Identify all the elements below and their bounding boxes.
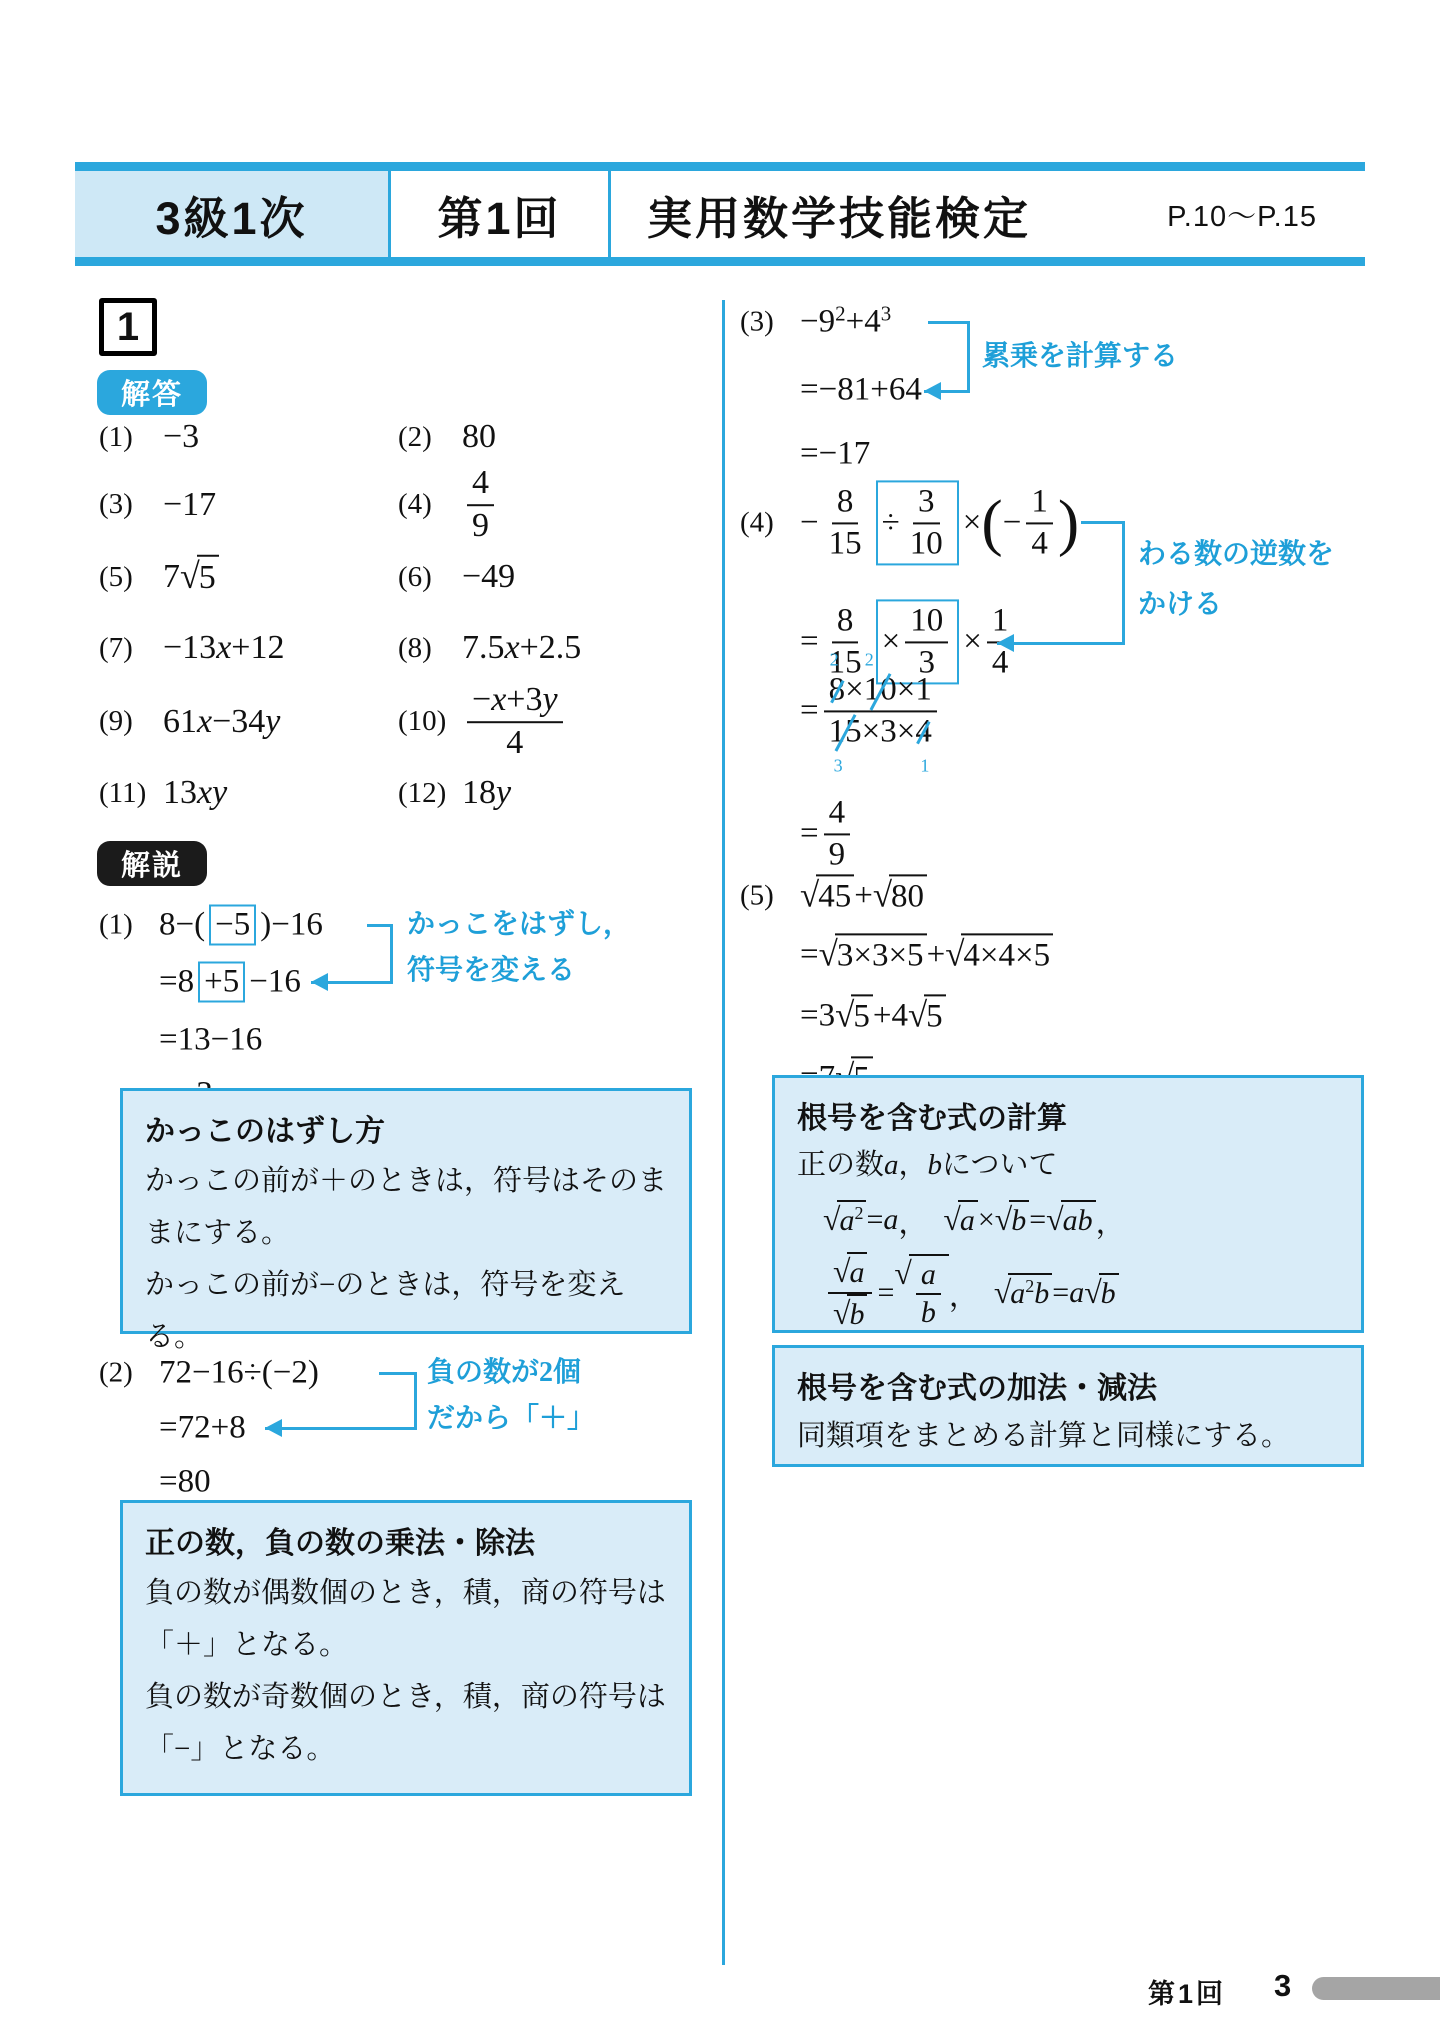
note-line: だから「＋」 [427,1396,595,1442]
answer-row: (3)−17 (4)49 [99,463,679,547]
info-box-title: 正の数，負の数の乗法・除法 [145,1521,667,1567]
answer-label: (10) [398,706,462,739]
answer-value: 7√5 [163,555,219,600]
answer-item: (3)−17 [99,463,398,547]
answer-item: (11)13xy [99,774,398,812]
expression: 72−16÷(−2) [159,1355,319,1392]
solution-line: =13−16 [99,1022,262,1059]
callout-bracket [379,1372,417,1427]
answer-value: −17 [163,486,216,524]
solution-line: (1)8−(−5)−16 [99,905,323,946]
note-line: わる数の逆数を [1138,530,1334,580]
expression: 8−(−5)−16 [159,905,323,946]
expression: =−81+64 [800,372,922,409]
answer-label: (6) [398,561,462,594]
solution-line: =49 [740,793,855,874]
info-box-title: 根号を含む式の加法・減法 [797,1366,1339,1412]
info-box-parentheses: かっこのはずし方 かっこの前が＋のときは，符号はそのままにする。 かっこの前が−… [120,1088,692,1334]
answer-value: 18y [462,774,511,812]
answer-item: (1)−3 [99,418,398,456]
info-box-title: 根号を含む式の計算 [797,1096,1339,1142]
answer-value: −13x+12 [163,629,284,667]
expression: =13−16 [159,1022,262,1059]
answer-row: (9)61x−34y (10)−x+3y4 [99,680,679,764]
callout-bracket [367,924,393,981]
answer-row: (1)−3 (2)80 [99,418,679,456]
solution-line: =72+8 [99,1410,246,1447]
footer-round: 第1回 [1148,1972,1226,2011]
note-callout: かっこをはずし， 符号を変える [407,902,631,994]
answer-value: 49 [462,463,499,547]
info-box-line: 同類項をまとめる計算と同様にする。 [797,1412,1339,1460]
header-round: 第1回 [391,171,611,257]
note-line: 符号を変える [407,948,631,994]
answer-item: (10)−x+3y4 [398,680,568,764]
answer-badge: 解答 [97,370,207,415]
answer-value: 80 [462,418,496,456]
solution-line: =√3×3×5+√4×4×5 [740,933,1053,976]
note-line: 累乗を計算する [982,334,1178,380]
expression: =8+5−16 [159,962,301,1003]
answer-item: (5)7√5 [99,555,398,600]
column-divider [722,300,725,1965]
answer-item: (12)18y [398,774,511,812]
explanation-4: (4)−815÷310×(−14) =815×103×14 =8×10×115×… [740,478,1365,888]
solution-line: (3)−92+43 [740,304,891,341]
expression: =72+8 [159,1410,246,1447]
info-box-multiplication-rules: 正の数，負の数の乗法・除法 負の数が偶数個のとき，積，商の符号は「＋」となる。 … [120,1500,692,1796]
expression: =80 [159,1464,211,1501]
footer-page-number: 3 [1274,1968,1291,2004]
info-box-radical-addition: 根号を含む式の加法・減法 同類項をまとめる計算と同様にする。 [772,1345,1364,1467]
answer-value: −x+3y4 [462,680,568,764]
header-title: 実用数学技能検定 [611,171,1031,257]
answer-value: −49 [462,558,515,596]
note-line: かける [1138,580,1334,630]
step-label: (1) [99,909,159,942]
step-label: (3) [740,306,800,339]
callout-arrow [311,981,393,984]
expression: √45+√80 [800,874,927,917]
answer-item: (2)80 [398,418,496,456]
solution-line: =80 [99,1464,211,1501]
answer-label: (8) [398,632,462,665]
callout-bracket [928,321,970,390]
answer-label: (9) [99,706,163,739]
info-box-radical-rules: 根号を含む式の計算 正の数a，bについて √a2=a， √a×√b=√ab， √… [772,1075,1364,1333]
answer-value: 13xy [163,774,227,812]
answer-value: 61x−34y [163,703,280,741]
info-box-formula: √a2=a， √a×√b=√ab， [797,1198,1339,1242]
callout-arrow [265,1427,417,1430]
solution-line: =−17 [740,436,870,473]
callout-arrow [997,642,1125,645]
expression: =−17 [800,436,870,473]
solution-line: =−81+64 [740,372,922,409]
answer-label: (1) [99,421,163,454]
answer-label: (4) [398,489,462,522]
solution-line: (2)72−16÷(−2) [99,1355,319,1392]
expression: −815÷310×(−14) [800,480,1079,565]
answer-label: (12) [398,777,462,810]
callout-bracket [1081,521,1125,642]
answer-item: (8)7.5x+2.5 [398,629,581,667]
info-box-line: 負の数が偶数個のとき，積，商の符号は「＋」となる。 [145,1567,667,1671]
answer-item: (4)49 [398,463,499,547]
info-box-title: かっこのはずし方 [145,1109,667,1155]
solution-line: =8+5−16 [99,962,301,1003]
header-level: 3級1次 [75,171,391,257]
note-callout: 負の数が2個 だから「＋」 [427,1350,595,1442]
header-page-range: P.10～P.15 [1167,171,1365,257]
note-callout: 累乗を計算する [982,334,1178,380]
answer-value: −3 [163,418,199,456]
note-callout: わる数の逆数を かける [1138,530,1334,630]
page: { "colors":{"accent":"#2BA7DD","note":"#… [0,0,1440,2043]
expression: −92+43 [800,304,891,341]
info-box-line: かっこの前が＋のときは，符号はそのままにする。 [145,1155,667,1259]
expression: =49 [800,793,855,874]
callout-arrow [924,390,970,393]
answer-row: (5)7√5 (6)−49 [99,555,679,600]
answer-item: (7)−13x+12 [99,629,398,667]
solution-line: (4)−815÷310×(−14) [740,480,1079,565]
info-box-line: 負の数が奇数個のとき，積，商の符号は「−」となる。 [145,1671,667,1775]
note-line: 負の数が2個 [427,1350,595,1396]
expression: =√3×3×5+√4×4×5 [800,933,1053,976]
note-line: かっこをはずし， [407,902,631,948]
answer-label: (2) [398,421,462,454]
answer-item: (6)−49 [398,555,515,600]
info-box-line: 正の数a，bについて [797,1142,1339,1188]
solution-line: =3√5+4√5 [740,994,946,1037]
answer-item: (9)61x−34y [99,680,398,764]
solution-line: (5)√45+√80 [740,874,927,917]
answer-label: (7) [99,632,163,665]
answer-row: (7)−13x+12 (8)7.5x+2.5 [99,629,679,667]
answer-label: (3) [99,489,163,522]
explanation-2: (2)72−16÷(−2) =72+8 =80 負の数が2個 だから「＋」 [99,1352,699,1512]
step-label: (2) [99,1357,159,1390]
problem-number: 1 [99,298,157,356]
answer-label: (11) [99,777,163,810]
answer-value: 7.5x+2.5 [462,629,581,667]
explanation-3: (3)−92+43 =−81+64 =−17 累乗を計算する [740,302,1365,482]
expression: =3√5+4√5 [800,994,946,1037]
solution-line: =8×10×115×3×4 [740,670,942,751]
explanation-badge: 解説 [97,841,207,886]
step-label: (5) [740,880,800,913]
info-box-line: かっこの前が−のときは，符号を変える。 [145,1259,667,1363]
footer-bar [1312,1977,1440,2000]
answer-label: (5) [99,561,163,594]
answer-row: (11)13xy (12)18y [99,774,679,812]
info-box-formula: √a√b=√ab， √a2b=a√b [797,1252,1339,1333]
page-header: 3級1次 第1回 実用数学技能検定 P.10～P.15 [75,162,1365,266]
expression: =8×10×115×3×4 [800,670,942,751]
step-label: (4) [740,507,800,540]
